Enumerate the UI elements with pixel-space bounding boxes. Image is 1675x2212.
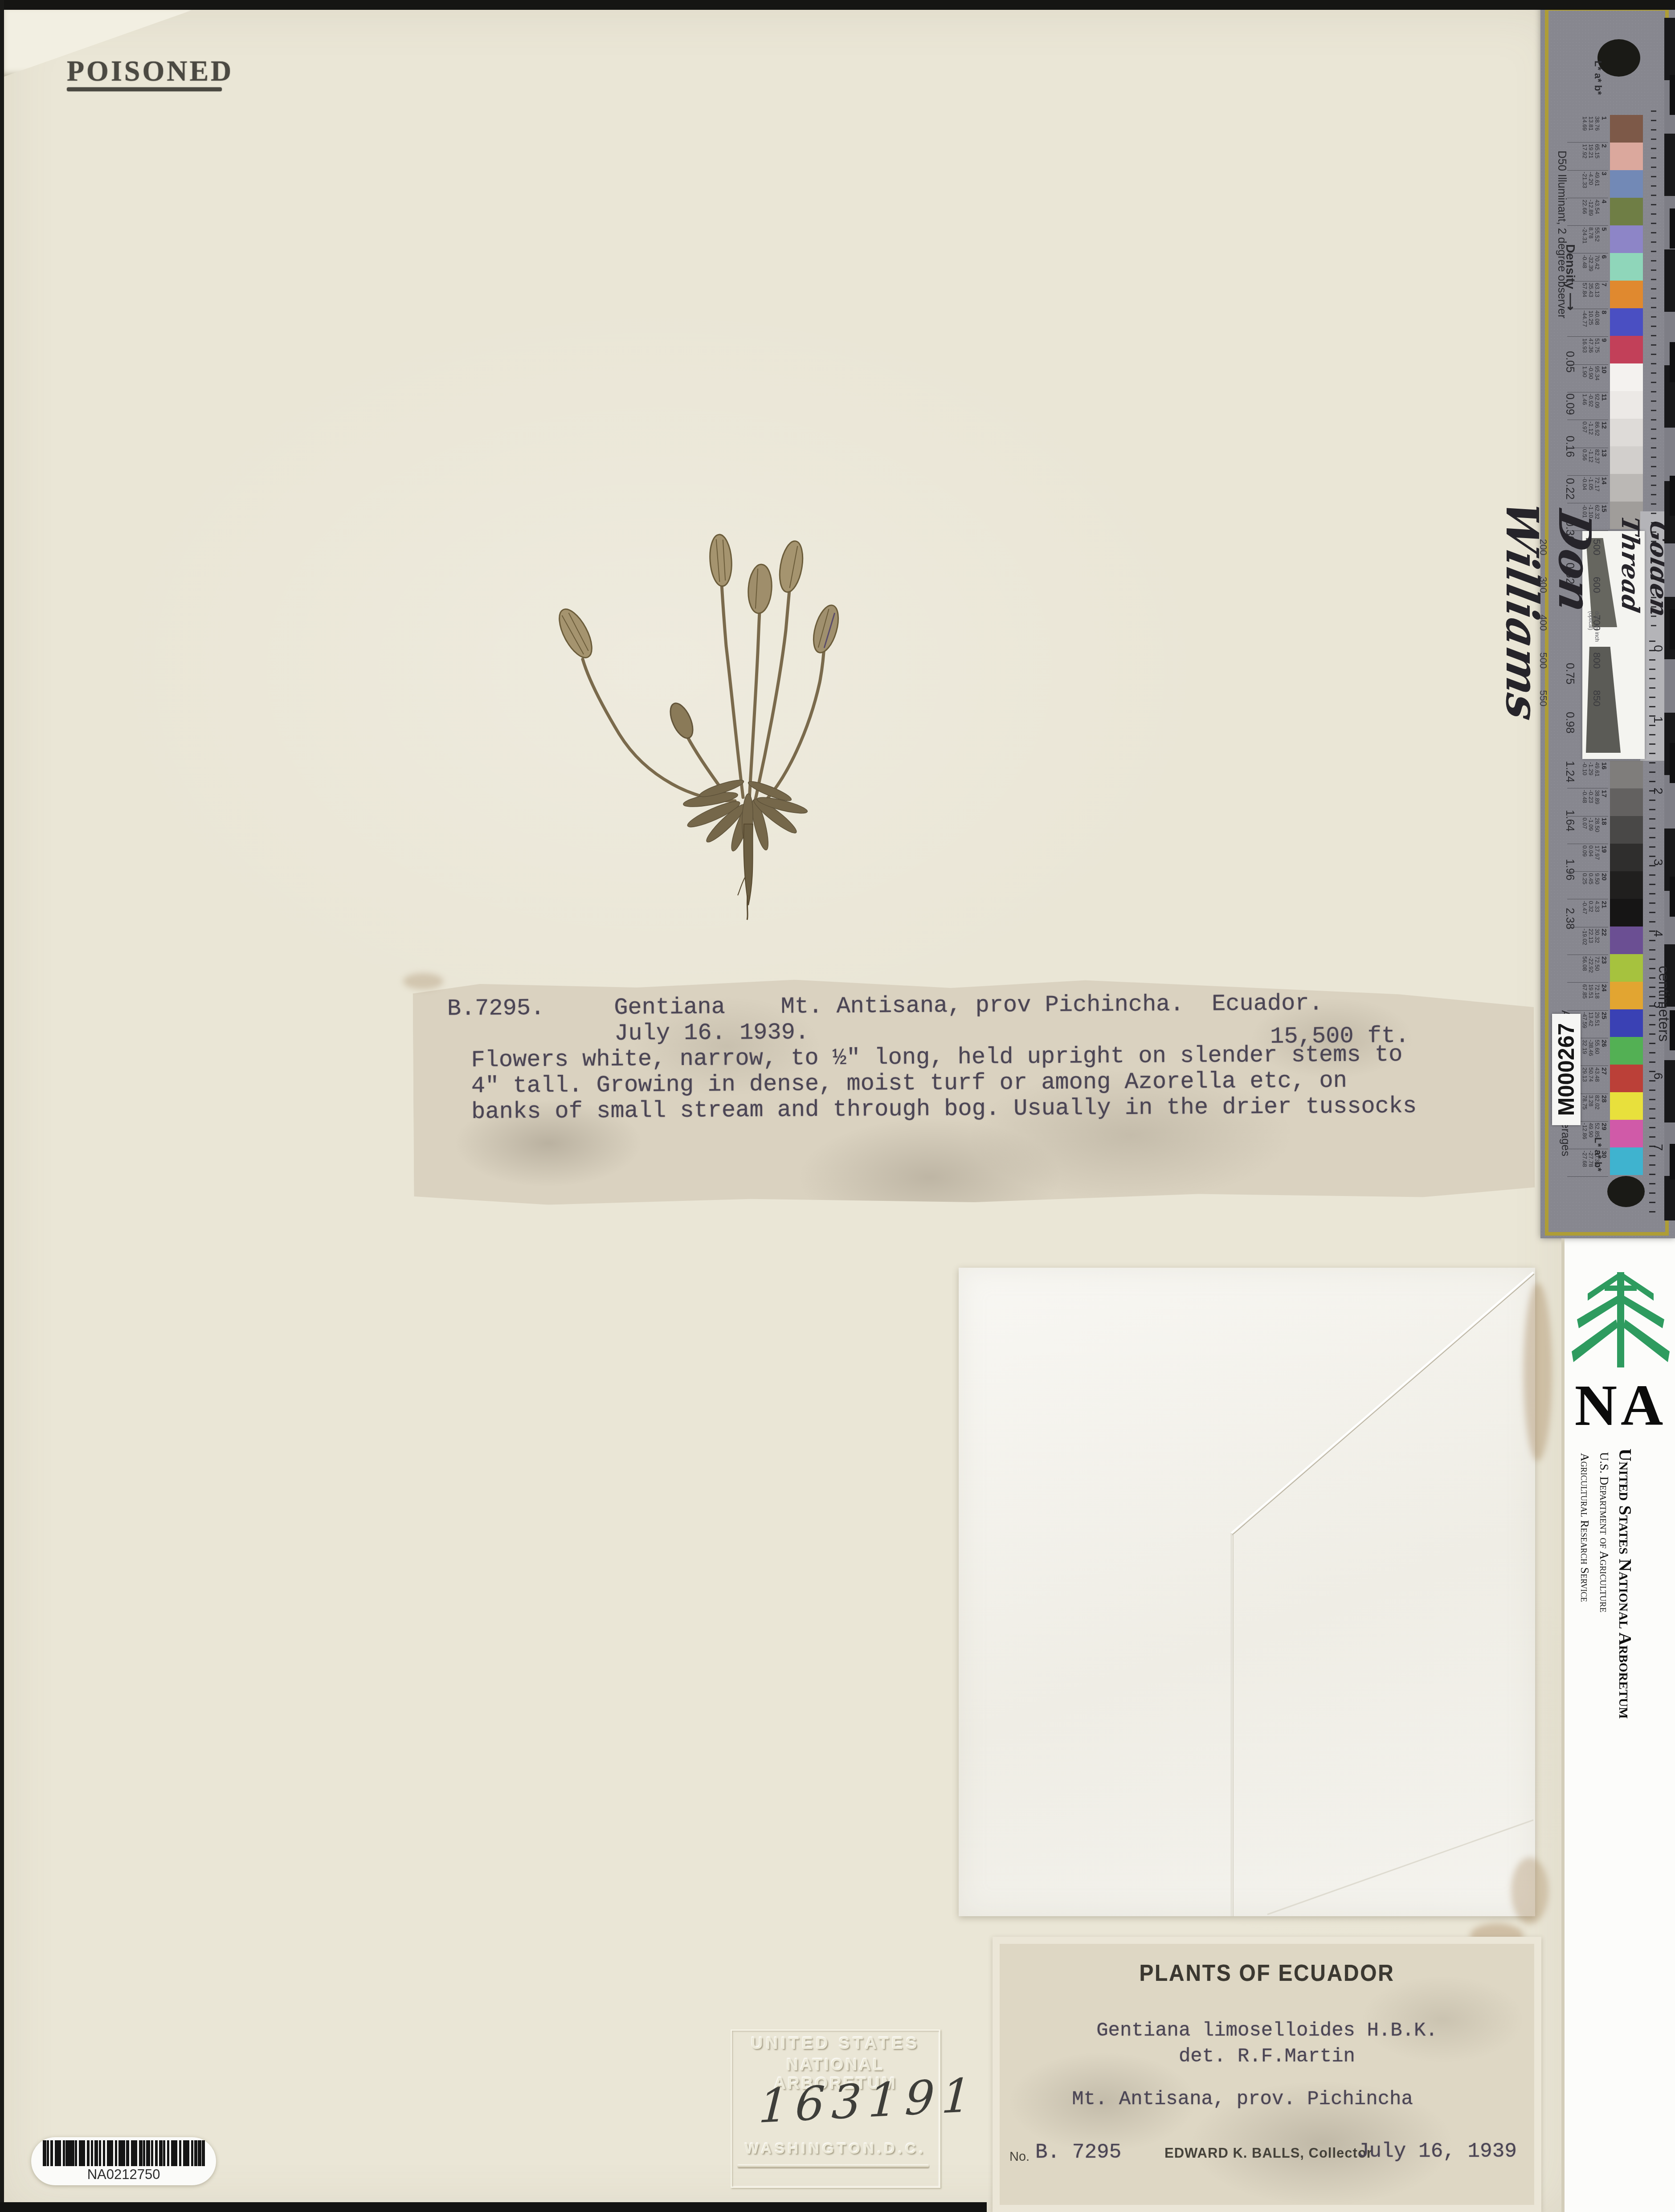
scan-border-bottom <box>0 2202 987 2212</box>
plant-flower-buds <box>553 534 843 741</box>
ruler-number: 0 <box>1651 645 1665 652</box>
color-patch-17 <box>1610 788 1643 816</box>
embossed-seal: UNITED STATES NATIONAL ARBORETUM 163191 … <box>731 2029 940 2188</box>
color-patch-4 <box>1610 198 1643 225</box>
color-patch-5 <box>1610 225 1643 253</box>
locality: Mt. Antisana, prov. Pichincha <box>968 2088 1517 2110</box>
na-monogram: NA <box>1566 1371 1675 1439</box>
color-patch-13 <box>1610 446 1643 474</box>
scan-border-top <box>0 0 1675 10</box>
color-patch-29 <box>1610 1120 1643 1147</box>
plant-stems <box>583 584 825 805</box>
stain <box>1524 1283 1552 1461</box>
number-prefix: No. <box>1009 2150 1030 2164</box>
determination-label: PLANTS OF ECUADOR Gentiana limoselloides… <box>993 1937 1541 2212</box>
fiducial-dot-bottom <box>1607 1176 1645 1207</box>
ruler-number: 3 <box>1651 859 1665 866</box>
arboretum-tree-icon <box>1572 1269 1670 1372</box>
ruler-number: 2 <box>1651 788 1665 795</box>
species-name: Gentiana limoselloides H.B.K. <box>993 2020 1541 2042</box>
color-patch-19 <box>1610 844 1643 871</box>
poisoned-stamp: POISONED <box>67 54 233 88</box>
poisoned-stamp-underline <box>67 87 222 91</box>
lab-cell-4: 443.54-12.8922.66 <box>1567 198 1608 226</box>
seal-underline <box>737 2164 929 2167</box>
ruler-number: 4 <box>1651 930 1665 937</box>
lab-header-bottom: L* a* b* <box>1592 1137 1604 1171</box>
fiducial-dot-top <box>1597 39 1640 77</box>
lab-cell-8: 840.0810.25-44.77 <box>1567 309 1608 337</box>
institution-dept: U.S. Department of Agriculture <box>1597 1452 1611 1612</box>
color-patch-9 <box>1610 336 1643 363</box>
ruler-number: 1 <box>1651 716 1665 723</box>
determination-label-header: PLANTS OF ECUADOR <box>1014 1960 1519 1987</box>
color-patch-16 <box>1610 761 1643 788</box>
patch-column-upper <box>1610 115 1643 529</box>
color-patch-22 <box>1610 926 1643 954</box>
patch-column-lower <box>1610 761 1643 1175</box>
color-patch-27 <box>1610 1065 1643 1092</box>
color-patch-11 <box>1610 391 1643 419</box>
density-value: 0.22 <box>1563 478 1576 500</box>
accession-number-handwritten: 163191 <box>757 2068 980 2134</box>
density-value: 2.38 <box>1563 908 1576 930</box>
field-label-line1: B.7295. Gentiana Mt. Antisana, prov Pich… <box>447 991 1323 1021</box>
color-patch-12 <box>1610 419 1643 446</box>
lab-cell-3: 349.61-4.20-21.33 <box>1567 171 1608 198</box>
ruler-ticks-upper <box>1651 110 1656 627</box>
determiner: det. R.F.Martin <box>993 2045 1541 2068</box>
target-id-label: M000267 <box>1552 1014 1581 1125</box>
color-patch-26 <box>1610 1037 1643 1065</box>
color-patch-20 <box>1610 871 1643 899</box>
lab-header-top: L* a* b* <box>1592 61 1604 95</box>
sheet-edge <box>1561 1238 1565 2212</box>
density-value: 0.09 <box>1563 393 1576 415</box>
color-patch-3 <box>1610 170 1643 198</box>
density-value: 0.05 <box>1563 351 1576 373</box>
envelope-creases <box>959 1268 1535 1916</box>
color-patch-8 <box>1610 308 1643 336</box>
collection-date: July 16, 1939 <box>1357 2140 1517 2163</box>
density-value: 0.16 <box>1563 436 1576 457</box>
ruler-unit-label: centimeters <box>1655 966 1672 1042</box>
seal-line1: UNITED STATES <box>732 2034 939 2053</box>
field-label-date: July 16. 1939. <box>614 1020 809 1046</box>
density-value: 1.64 <box>1563 810 1576 832</box>
density-value: 1.96 <box>1563 859 1576 881</box>
ruler-numbers: 01234567 <box>1650 645 1665 1224</box>
color-patch-10 <box>1610 363 1643 391</box>
lab-cell-2: 265.1519.2117.92 <box>1567 143 1608 170</box>
institution-service: Agricultural Research Service <box>1578 1453 1591 1602</box>
collector: EDWARD K. BALLS, Collector <box>1164 2145 1373 2161</box>
collection-number: B. 7295 <box>1035 2141 1121 2164</box>
color-patch-6 <box>1610 253 1643 281</box>
color-patch-1 <box>1610 115 1643 143</box>
scan-border-left <box>0 0 4 2212</box>
color-patch-14 <box>1610 474 1643 502</box>
pressed-plant-specimen <box>512 512 958 958</box>
color-patch-28 <box>1610 1092 1643 1120</box>
field-label: B.7295. Gentiana Mt. Antisana, prov Pich… <box>413 973 1535 1208</box>
density-label: Density ⟶ <box>1563 244 1578 310</box>
color-patch-23 <box>1610 954 1643 982</box>
barcode-number: NA0212750 <box>31 2167 216 2183</box>
fragment-packet <box>959 1268 1535 1916</box>
color-patch-25 <box>1610 1009 1643 1037</box>
color-patch-24 <box>1610 982 1643 1009</box>
color-patch-30 <box>1610 1147 1643 1175</box>
target-signature: Don Williams <box>1496 497 1601 734</box>
lab-cell-1: 138.7613.8114.69 <box>1567 115 1608 143</box>
density-value: 1.24 <box>1563 761 1576 783</box>
barcode-label: NA0212750 <box>31 2137 216 2185</box>
barcode-icon <box>43 2140 205 2166</box>
stain <box>403 973 443 989</box>
ruler-number: 6 <box>1651 1073 1665 1080</box>
field-label-line5: banks of small stream and through bog. U… <box>471 1094 1417 1124</box>
color-patch-18 <box>1610 816 1643 844</box>
color-patch-2 <box>1610 143 1643 170</box>
institution-name: United States National Arboretum <box>1615 1449 1636 1719</box>
seal-line3: WASHINGTON.D.C. <box>732 2140 939 2157</box>
color-patch-21 <box>1610 899 1643 926</box>
stain <box>1511 1857 1548 1924</box>
color-patch-7 <box>1610 281 1643 308</box>
ruler-number: 7 <box>1651 1144 1665 1151</box>
